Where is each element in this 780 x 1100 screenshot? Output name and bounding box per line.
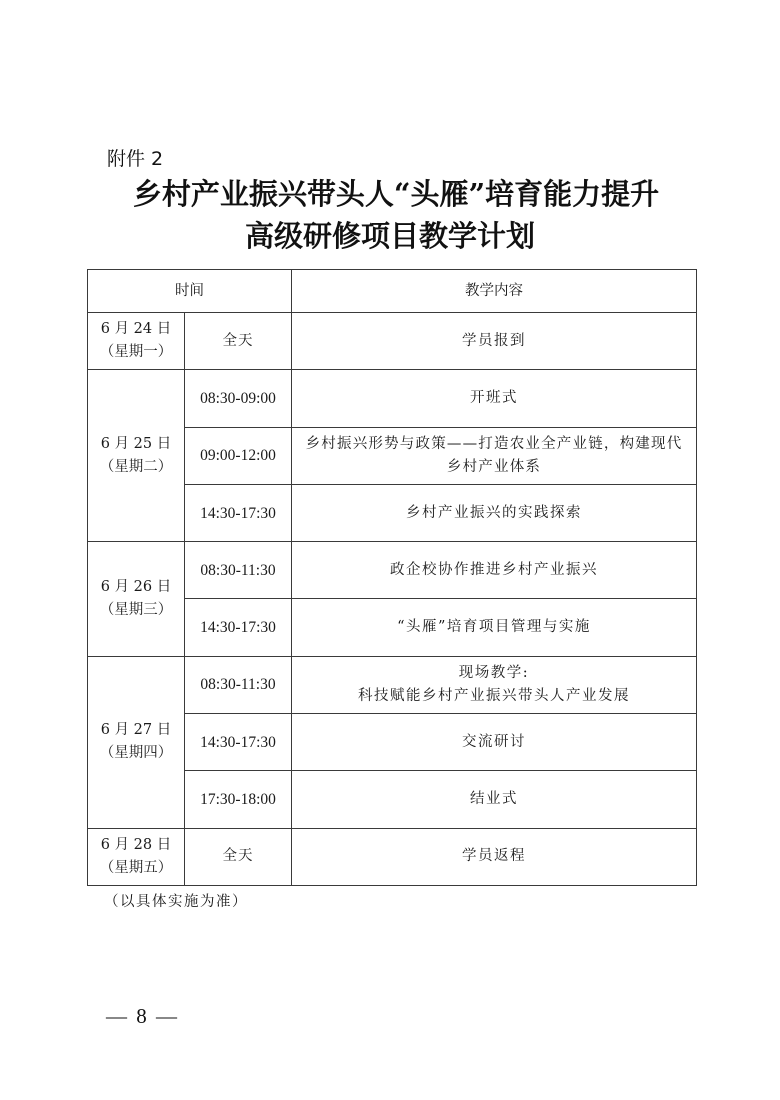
content-cell: 交流研讨 <box>292 714 697 771</box>
weekday: （星期二） <box>94 456 178 479</box>
content-line: 结业式 <box>298 788 690 811</box>
table-header-row: 时间 教学内容 <box>88 270 697 313</box>
time-cell: 14:30-17:30 <box>185 599 292 656</box>
content-line: 乡村产业振兴的实践探索 <box>298 502 690 525</box>
content-cell: 乡村产业振兴的实践探索 <box>292 484 697 541</box>
content-line: 学员报到 <box>298 330 690 353</box>
date-cell: 6 月 28 日 （星期五） <box>88 828 185 885</box>
teaching-plan-table: 时间 教学内容 6 月 24 日 （星期一） 全天 学员报到 6 月 25 日 … <box>87 269 697 886</box>
weekday: （星期五） <box>94 857 178 880</box>
document-title-line-2: 高级研修项目教学计划 <box>0 214 780 255</box>
time-cell: 14:30-17:30 <box>185 484 292 541</box>
date-cell: 6 月 26 日 （星期三） <box>88 542 185 657</box>
time-cell: 14:30-17:30 <box>185 714 292 771</box>
content-line: 现场教学: <box>298 662 690 685</box>
weekday: （星期一） <box>94 341 178 364</box>
content-cell: 开班式 <box>292 370 697 427</box>
date: 6 月 28 日 <box>94 834 178 857</box>
header-time: 时间 <box>88 270 292 313</box>
table-row: 6 月 25 日 （星期二） 08:30-09:00 开班式 <box>88 370 697 427</box>
time-cell: 17:30-18:00 <box>185 771 292 828</box>
date-cell: 6 月 27 日 （星期四） <box>88 656 185 828</box>
time-cell: 09:00-12:00 <box>185 427 292 484</box>
date: 6 月 25 日 <box>94 433 178 456</box>
content-line: 学员返程 <box>298 845 690 868</box>
content-line: 乡村振兴形势与政策——打造农业全产业链，构建现代 <box>296 433 692 456</box>
content-cell: 学员返程 <box>292 828 697 885</box>
page-number: — 8 — <box>106 1004 177 1029</box>
date: 6 月 26 日 <box>94 576 178 599</box>
content-line: 乡村产业体系 <box>296 456 692 479</box>
content-cell: 学员报到 <box>292 313 697 370</box>
time-cell: 08:30-11:30 <box>185 656 292 713</box>
time-cell: 08:30-11:30 <box>185 542 292 599</box>
content-line: 科技赋能乡村产业振兴带头人产业发展 <box>298 685 690 708</box>
content-line: 政企校协作推进乡村产业振兴 <box>298 559 690 582</box>
header-content: 教学内容 <box>292 270 697 313</box>
content-cell: 乡村振兴形势与政策——打造农业全产业链，构建现代 乡村产业体系 <box>292 427 697 484</box>
implementation-note: （以具体实施为准） <box>104 890 248 911</box>
date: 6 月 24 日 <box>94 318 178 341</box>
table-row: 6 月 26 日 （星期三） 08:30-11:30 政企校协作推进乡村产业振兴 <box>88 542 697 599</box>
table-row: 6 月 28 日 （星期五） 全天 学员返程 <box>88 828 697 885</box>
content-cell: 结业式 <box>292 771 697 828</box>
date-cell: 6 月 25 日 （星期二） <box>88 370 185 542</box>
date: 6 月 27 日 <box>94 719 178 742</box>
content-cell: “头雁”培育项目管理与实施 <box>292 599 697 656</box>
weekday: （星期四） <box>94 742 178 765</box>
table-row: 6 月 27 日 （星期四） 08:30-11:30 现场教学: 科技赋能乡村产… <box>88 656 697 713</box>
content-line: “头雁”培育项目管理与实施 <box>298 616 690 639</box>
time-cell: 全天 <box>185 313 292 370</box>
weekday: （星期三） <box>94 599 178 622</box>
content-line: 开班式 <box>298 387 690 410</box>
content-cell: 现场教学: 科技赋能乡村产业振兴带头人产业发展 <box>292 656 697 713</box>
content-line: 交流研讨 <box>298 731 690 754</box>
time-cell: 08:30-09:00 <box>185 370 292 427</box>
document-title-line-1: 乡村产业振兴带头人“头雁”培育能力提升 <box>6 172 780 213</box>
table-row: 6 月 24 日 （星期一） 全天 学员报到 <box>88 313 697 370</box>
date-cell: 6 月 24 日 （星期一） <box>88 313 185 370</box>
attachment-label: 附件 2 <box>107 144 163 171</box>
time-cell: 全天 <box>185 828 292 885</box>
content-cell: 政企校协作推进乡村产业振兴 <box>292 542 697 599</box>
